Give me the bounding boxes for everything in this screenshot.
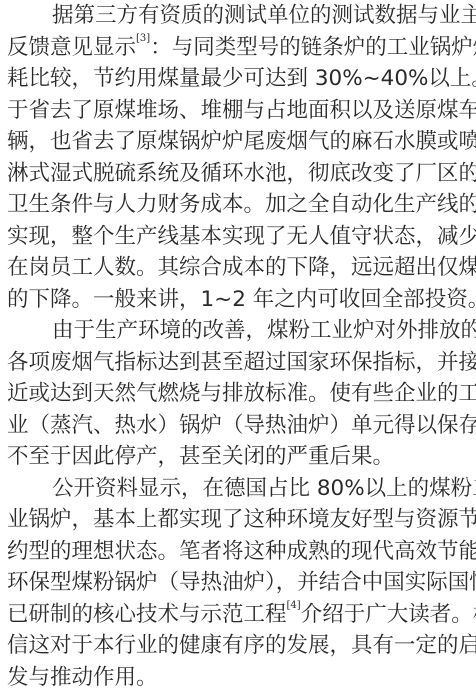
text-line: 约型的理想状态。笔者将这种成熟的现代高效节能 <box>7 536 471 568</box>
text-line: 据第三方有资质的测试单位的测试数据与业主 <box>7 0 471 32</box>
text-line: 在岗员工人数。其综合成本的下降，远远超出仅煤耗 <box>7 252 471 284</box>
text-line: 业（蒸汽、热水）锅炉（导热油炉）单元得以保存下来。 <box>7 410 471 442</box>
paragraph-1: 据第三方有资质的测试单位的测试数据与业主 反馈意见显示[3]：与同类型号的链条炉… <box>7 0 471 315</box>
text-line: 实现，整个生产线基本实现了无人值守状态，减少了 <box>7 221 471 253</box>
text-line: 于省去了原煤堆场、堆棚与占地面积以及送原煤车 <box>7 95 471 127</box>
text-line: 由于生产环境的改善，煤粉工业炉对外排放的 <box>7 315 471 347</box>
text-line: 已研制的核心技术与示范工程[4]介绍于广大读者。相 <box>7 599 471 631</box>
citation-ref-4[interactable]: [4] <box>287 600 301 611</box>
paragraph-3: 公开资料显示，在德国占比 80%以上的煤粉工 业锅炉，基本上都实现了这种环境友好… <box>7 473 471 693</box>
text-line: 公开资料显示，在德国占比 80%以上的煤粉工 <box>7 473 471 505</box>
text-line: 辆，也省去了原煤锅炉炉尾废烟气的麻石水膜或喷 <box>7 126 471 158</box>
article-body: 据第三方有资质的测试单位的测试数据与业主 反馈意见显示[3]：与同类型号的链条炉… <box>7 0 471 693</box>
text-line: 各项废烟气指标达到甚至超过国家环保指标，并接 <box>7 347 471 379</box>
text-line: 卫生条件与人力财务成本。加之全自动化生产线的 <box>7 189 471 221</box>
text-line: 环保型煤粉锅炉（导热油炉），并结合中国实际国情， <box>7 567 471 599</box>
text-line: 发与推动作用。 <box>7 662 471 693</box>
citation-ref-3[interactable]: [3] <box>136 33 150 44</box>
text-line: 业锅炉，基本上都实现了这种环境友好型与资源节 <box>7 504 471 536</box>
text-line: 淋式湿式脱硫系统及循环水池，彻底改变了厂区的 <box>7 158 471 190</box>
text-line: 不至于因此停产，甚至关闭的严重后果。 <box>7 441 471 473</box>
text-line: 的下降。一般来讲，1~2 年之内可收回全部投资。 <box>7 284 471 316</box>
paragraph-2: 由于生产环境的改善，煤粉工业炉对外排放的 各项废烟气指标达到甚至超过国家环保指标… <box>7 315 471 473</box>
text-line: 近或达到天然气燃烧与排放标准。使有些企业的工 <box>7 378 471 410</box>
text-line: 信这对于本行业的健康有序的发展，具有一定的启 <box>7 630 471 662</box>
text-line: 耗比较，节约用煤量最少可达到 30%~40%以上。由 <box>7 63 471 95</box>
text-line: 反馈意见显示[3]：与同类型号的链条炉的工业锅炉煤 <box>7 32 471 64</box>
